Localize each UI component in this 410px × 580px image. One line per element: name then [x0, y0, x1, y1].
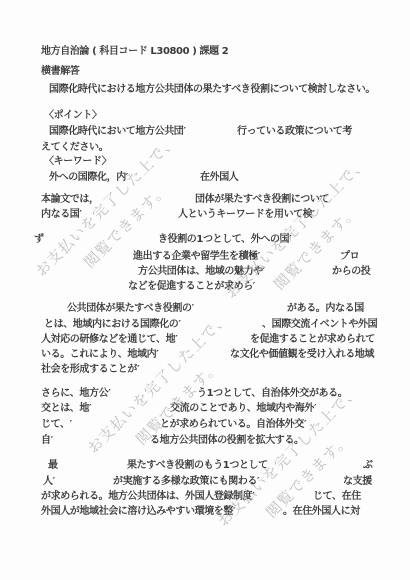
- text-line: じて、′とが求められている。自治体外交′: [0, 419, 410, 432]
- text-segment: き役割の1つとして、外への国′: [158, 234, 291, 246]
- text-line: 国際化時代において地方公共団′行っている政策について考: [0, 126, 410, 139]
- text-line: 人′が実施する多様な政策にも関わる′な支援: [0, 476, 410, 489]
- text-segment: 最: [48, 460, 58, 472]
- text-segment: る地方公共団体の役割を拡大する。: [150, 435, 304, 447]
- text-line: 〈ポイント〉: [0, 110, 410, 123]
- text-segment: 外国人が地域社会に溶け込みやすい環境を整′: [41, 506, 235, 518]
- text-segment: いる。これにより、地域内′: [41, 349, 158, 361]
- text-line: いる。これにより、地域内′な文化や価値観を受け入れる地域: [0, 349, 410, 362]
- text-line: 外国人が地域社会に溶け込みやすい環境を整′。在住外国人に対: [0, 506, 410, 519]
- text-line: 公共団体が果たすべき役割の′がある。内なる国: [0, 303, 410, 316]
- text-line: えてください。: [0, 142, 410, 155]
- text-line: 内なる国′人というキーワードを用いて検′: [0, 209, 410, 222]
- text-segment: えてください。: [41, 142, 108, 154]
- text-line: とは、地域内における国際化の′、国際交流イベントや外国: [0, 319, 410, 332]
- text-segment: などを促進することが求めら′: [128, 281, 255, 293]
- text-segment: 方公共団体は、地域の魅力や′: [138, 266, 265, 278]
- text-segment: な文化や価値観を受け入れる地域: [230, 349, 374, 361]
- text-line: 国際化時代における地方公共団体の果たすべき役割について検討しなさい。: [0, 84, 410, 97]
- text-line: 自′る地方公共団体の役割を拡大する。: [0, 435, 410, 448]
- text-line: 人対応の研修などを通じて、地′を促進することが求められて: [0, 334, 410, 347]
- text-segment: 〈キーワード〉: [44, 156, 111, 168]
- document-page: お支払いを完了した上で、閲覧できます。お支払いを完了した上で、閲覧できます。お支…: [0, 0, 410, 580]
- text-segment: う1つとして、自治体外交がある。: [197, 388, 347, 400]
- text-line: 進出する企業や留学生を積極′プロ: [0, 251, 410, 264]
- text-segment: じて、在住: [313, 491, 361, 503]
- text-segment: がある。内なる国: [287, 303, 364, 315]
- text-segment: 本論文では，: [41, 194, 99, 206]
- text-segment: 地方自治論 ( 科目コード L30800 ) 課題 2: [41, 46, 228, 58]
- text-segment: ぶ: [363, 460, 373, 472]
- text-segment: 人対応の研修などを通じて、地′: [41, 334, 177, 346]
- text-segment: 横書解答: [41, 66, 79, 78]
- text-segment: 果たすべき役割のもう1つとして: [127, 460, 268, 472]
- text-line: などを促進することが求めら′: [0, 281, 410, 294]
- text-segment: 在外国人: [200, 172, 238, 184]
- text-line: が求められる。地方公共団体は、外国人登録制度′じて、在住: [0, 491, 410, 504]
- text-segment: が実施する多様な政策にも関わる′: [113, 476, 259, 488]
- text-segment: 交とは、地′: [41, 403, 91, 415]
- text-segment: 国際化時代において地方公共団′: [49, 126, 186, 138]
- text-segment: とは、地域内における国際化の′: [44, 319, 181, 331]
- text-line: 地方自治論 ( 科目コード L30800 ) 課題 2: [0, 46, 410, 59]
- text-segment: 人′: [43, 476, 55, 488]
- text-segment: 進出する企業や留学生を積極′: [133, 251, 260, 263]
- text-segment: 外への国際化，内′: [49, 172, 128, 184]
- text-segment: プロ: [340, 251, 359, 263]
- text-segment: からの投: [332, 266, 370, 278]
- text-segment: 人というキーワードを用いて検′: [178, 209, 315, 221]
- text-line: 〈キーワード〉: [0, 156, 410, 169]
- text-line: 本論文では，団体が果たすべき役割について: [0, 194, 410, 207]
- text-line: 外への国際化，内′在外国人: [0, 172, 410, 185]
- text-segment: 〈ポイント〉: [44, 110, 102, 122]
- text-segment: を促進することが求められて: [250, 334, 375, 346]
- text-line: 交とは、地′交流のことであり、地域内や海外′: [0, 403, 410, 416]
- text-segment: ず: [34, 234, 44, 246]
- text-segment: な支援: [343, 476, 372, 488]
- text-segment: 公共団体が果たすべき役割の′: [67, 303, 194, 315]
- text-line: 方公共団体は、地域の魅力や′からの投: [0, 266, 410, 279]
- text-segment: 社会を形成することが′: [41, 364, 139, 376]
- text-segment: とが求められている。自治体外交′: [160, 419, 306, 431]
- text-segment: 国際化時代における地方公共団体の果たすべき役割について検討しなさい。: [49, 84, 375, 96]
- text-segment: じて、′: [41, 419, 72, 431]
- text-line: さらに、地方公′う1つとして、自治体外交がある。: [0, 388, 410, 401]
- text-line: ずき役割の1つとして、外への国′: [0, 234, 410, 247]
- text-segment: 行っている政策について考: [237, 126, 352, 138]
- text-segment: 交流のことであり、地域内や海外′: [170, 403, 316, 415]
- text-line: 社会を形成することが′: [0, 364, 410, 377]
- text-segment: さらに、地方公′: [41, 388, 110, 400]
- text-segment: 内なる国′: [41, 209, 82, 221]
- text-line: 横書解答: [0, 66, 410, 79]
- text-segment: が求められる。地方公共団体は、外国人登録制度′: [41, 491, 254, 503]
- text-line: 最果たすべき役割のもう1つとしてぶ: [0, 460, 410, 473]
- text-segment: 自′: [41, 435, 53, 447]
- text-segment: 団体が果たすべき役割について: [195, 194, 329, 206]
- text-segment: 、国際交流イベントや外国: [262, 319, 377, 331]
- text-segment: 。在住外国人に対: [283, 506, 360, 518]
- document-text-layer: 地方自治論 ( 科目コード L30800 ) 課題 2横書解答国際化時代における…: [0, 0, 410, 580]
